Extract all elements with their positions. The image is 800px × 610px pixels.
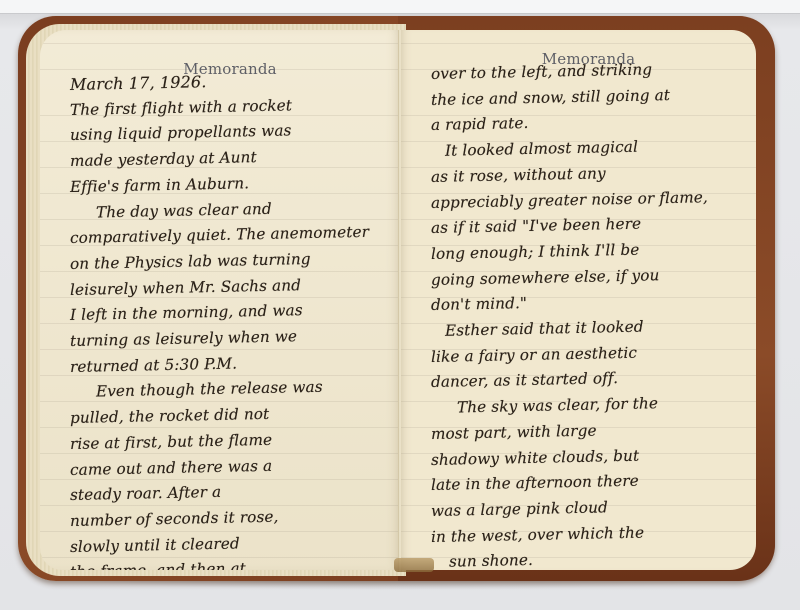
photo-scene: Memoranda March 17, 1926. The first flig… xyxy=(0,0,800,610)
spine-binding xyxy=(394,558,434,572)
right-page: Memoranda over to the left, and striking… xyxy=(401,30,756,570)
handwritten-text: over to the left, and striking the ice a… xyxy=(401,62,756,570)
handwritten-text: March 17, 1926. The first flight with a … xyxy=(40,72,400,570)
left-page: Memoranda March 17, 1926. The first flig… xyxy=(40,30,400,570)
scanner-top-edge xyxy=(0,0,800,14)
